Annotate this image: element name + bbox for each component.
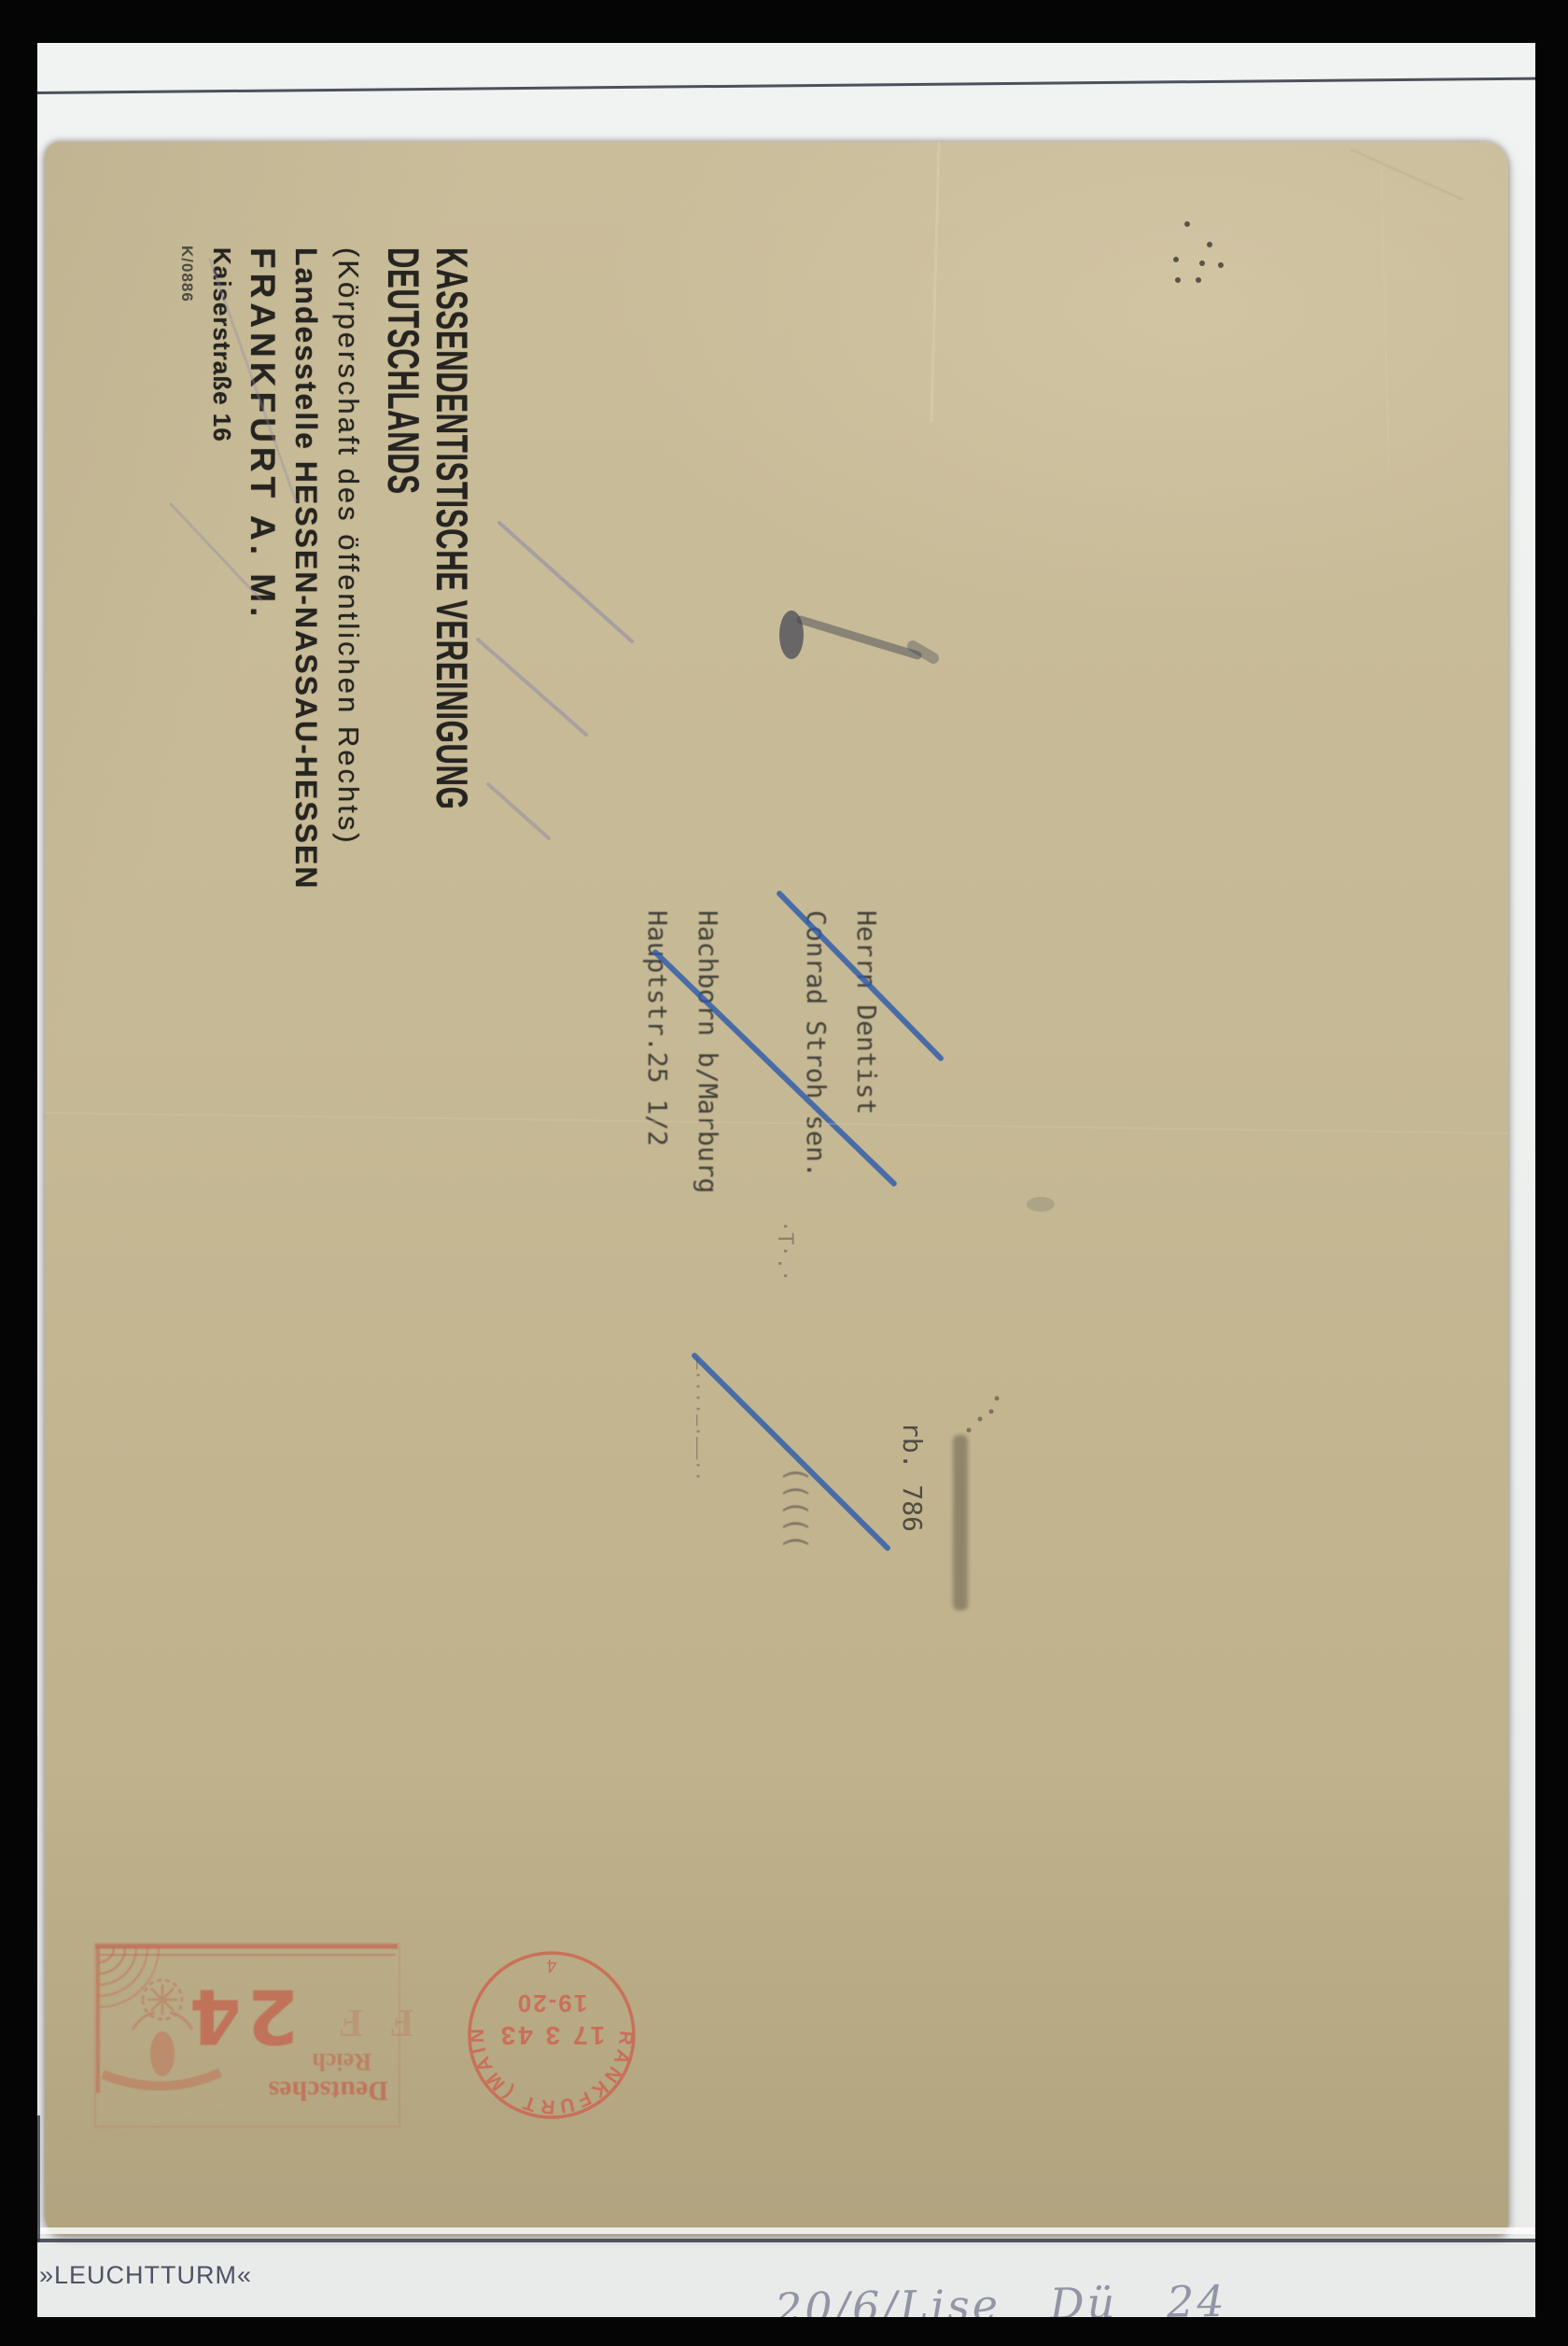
- illegible-overstrike-3: –····–·––··: [687, 1358, 709, 1564]
- album-brand: »LEUCHTTURM«: [39, 2261, 252, 2290]
- sender-imprint: KASSENDENTISTISCHE VEREINIGUNG DEUTSCHLA…: [196, 247, 476, 957]
- typewriter-dot-trail: [967, 1397, 1000, 1433]
- meter-country-line1: Deutsches: [269, 2075, 388, 2106]
- sender-line-6: Kaiserstraße 16: [205, 247, 239, 957]
- sender-line-5: FRANKFURT A. M.: [239, 247, 286, 957]
- recipient-line-3: Hachborn b/Marburg: [682, 910, 733, 1246]
- recipient-line-4: Hauptstr.25 1/2: [632, 910, 682, 1246]
- graphite-smudge-mark: [779, 611, 933, 659]
- pencil-annotation: 20/6/Lise Dü 24: [775, 2276, 1228, 2317]
- album-page: KASSENDENTISTISCHE VEREINIGUNG DEUTSCHLA…: [37, 43, 1535, 2317]
- printer-code: K/0886: [177, 246, 196, 330]
- scan-background: { "album": { "brand": "»LEUCHTTURM«", "a…: [0, 0, 1568, 2346]
- reference-number: rb. 786: [897, 1422, 928, 1590]
- sender-line-2: DEUTSCHLANDS: [379, 247, 427, 716]
- pinhole-dots: [1173, 221, 1224, 283]
- postmark-date: 17 3 43: [498, 2021, 605, 2050]
- postmark-time: 19-20: [516, 1989, 588, 2017]
- recipient-address: Herrn Dentist Conrad Stroh sen. Hachborn…: [667, 910, 891, 1246]
- page-frame-line-bottom: [37, 2239, 1535, 2242]
- recipient-line-2: Conrad Stroh sen.: [791, 910, 841, 1246]
- gray-smudge: [1027, 1197, 1055, 1212]
- smudged-overstrike-bar: [953, 1435, 968, 1610]
- illegible-overstrike-2: (((((: [779, 1466, 812, 1578]
- sender-line-1: KASSENDENTISTISCHE VEREINIGUNG: [427, 247, 476, 716]
- meter-offset-print: F F: [329, 2000, 413, 2044]
- page-frame-line-top: [37, 77, 1535, 94]
- sender-line-4: Landesstelle HESSEN-NASSAU-HESSEN: [286, 247, 327, 957]
- envelope: KASSENDENTISTISCHE VEREINIGUNG DEUTSCHLA…: [45, 142, 1508, 2235]
- meter-country-line2: Reich: [312, 2048, 371, 2075]
- sleeve-gloss-strip: [37, 2227, 1535, 2234]
- sender-line-3: (Körperschaft des öffentlichen Rechts): [327, 247, 370, 957]
- postmark-index: 4: [546, 1955, 556, 1975]
- page-frame-line-left: [37, 2115, 40, 2242]
- meter-value: 24: [184, 1973, 299, 2059]
- postmark: FRANKFURT (MAIN) 17 3 43 19-20 4: [463, 1946, 640, 2124]
- illegible-overstrike-1: ·T·.·: [773, 1220, 796, 1295]
